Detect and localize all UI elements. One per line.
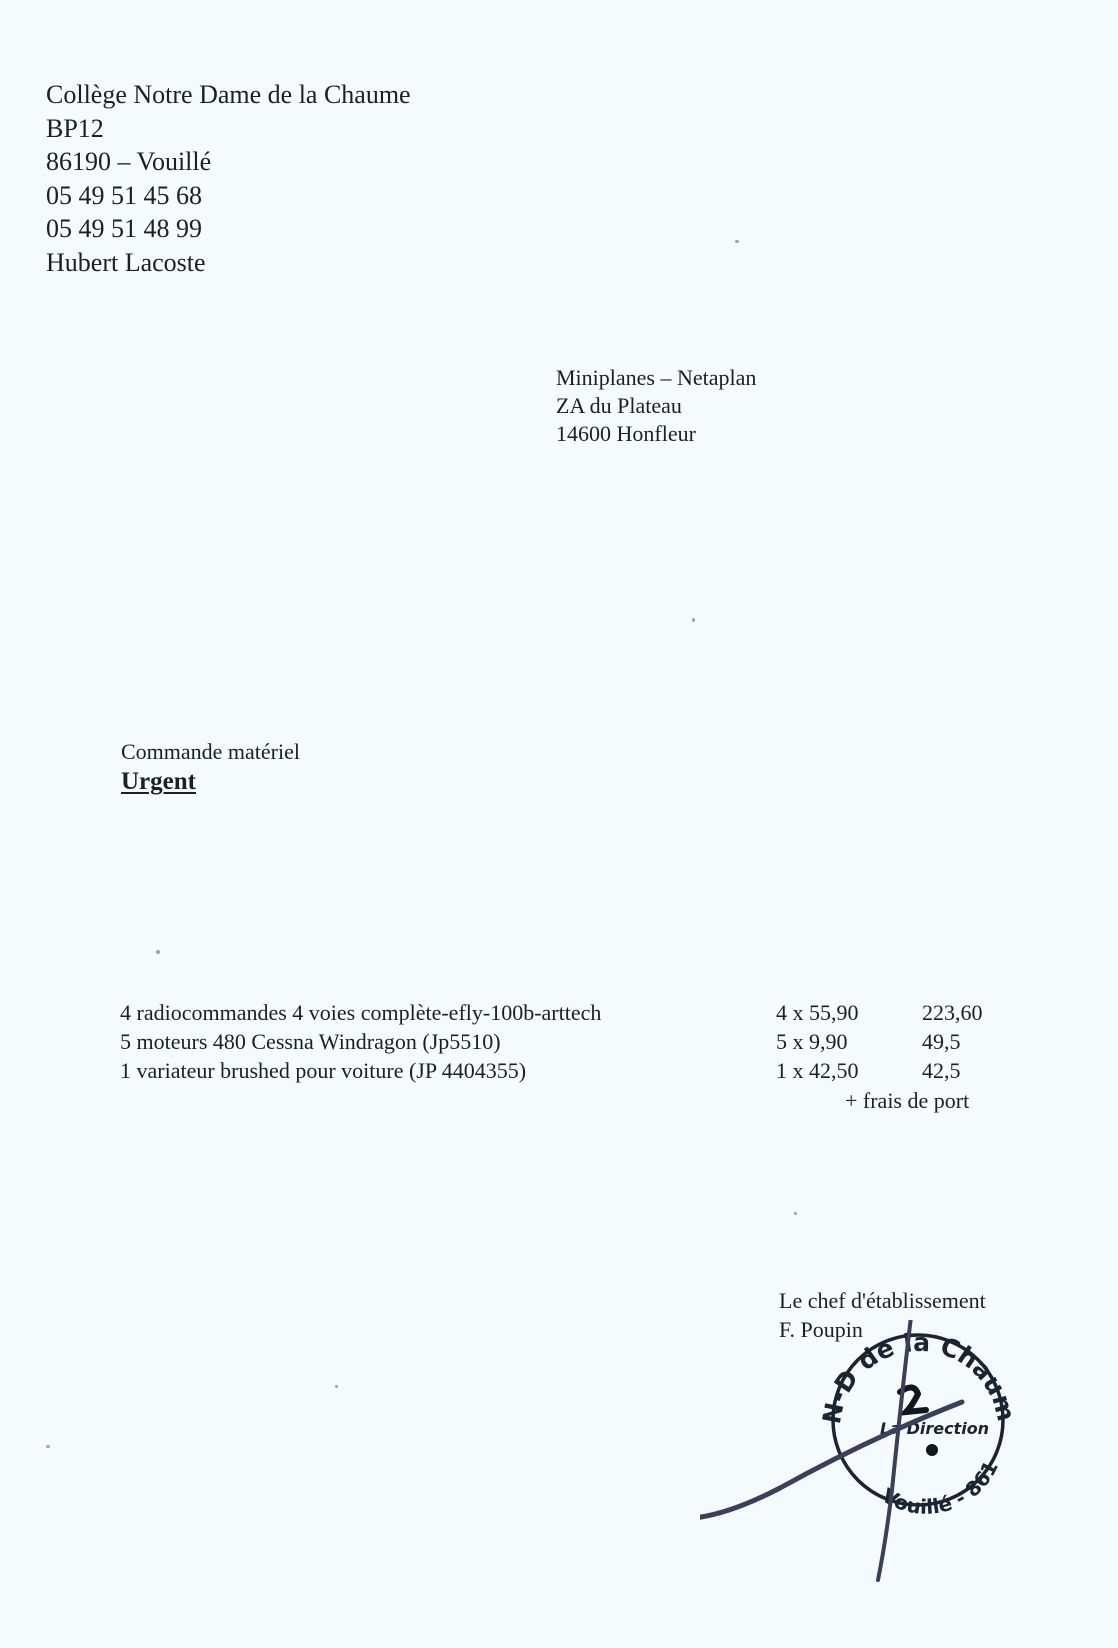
item-description: 5 moteurs 480 Cessna Windragon (Jp5510) <box>120 1027 501 1056</box>
sender-po-box: BP12 <box>46 112 411 146</box>
item-total: 49,5 <box>922 1027 961 1056</box>
item-total: 42,5 <box>922 1056 961 1085</box>
scan-speck <box>335 1385 338 1388</box>
scan-speck <box>692 618 695 622</box>
scan-speck <box>735 240 739 243</box>
item-description: 4 radiocommandes 4 voies complète-efly-1… <box>120 998 601 1027</box>
sender-school-name: Collège Notre Dame de la Chaume <box>46 78 411 112</box>
sender-phone: 05 49 51 45 68 <box>46 179 411 213</box>
scan-speck <box>794 1212 797 1215</box>
signatory-title: Le chef d'établissement <box>779 1286 986 1315</box>
item-quantity-price: 1 x 42,50 <box>776 1056 859 1085</box>
official-stamp-icon: N-D de la Chaume Vouillé - 86190 La Dire… <box>700 1320 1040 1600</box>
shipping-note: + frais de port <box>845 1086 969 1115</box>
item-quantity-price: 5 x 9,90 <box>776 1027 848 1056</box>
item-quantity-price: 4 x 55,90 <box>776 998 859 1027</box>
sender-address-block: Collège Notre Dame de la Chaume BP12 861… <box>46 78 411 279</box>
scan-speck <box>156 950 160 954</box>
scan-speck <box>46 1445 50 1448</box>
subject-title: Commande matériel <box>121 738 300 766</box>
recipient-address-block: Miniplanes – Netaplan ZA du Plateau 1460… <box>556 364 756 448</box>
item-description: 1 variateur brushed pour voiture (JP 440… <box>120 1056 526 1085</box>
sender-fax: 05 49 51 48 99 <box>46 212 411 246</box>
ink-blot <box>926 1444 938 1456</box>
recipient-company: Miniplanes – Netaplan <box>556 364 756 392</box>
sender-postcode-city: 86190 – Vouillé <box>46 145 411 179</box>
stamp-top-text: N-D de la Chaume <box>700 1320 1021 1426</box>
sender-contact-name: Hubert Lacoste <box>46 246 411 280</box>
priority-label: Urgent <box>121 768 196 796</box>
recipient-postcode-city: 14600 Honfleur <box>556 420 756 448</box>
item-total: 223,60 <box>922 998 983 1027</box>
recipient-street: ZA du Plateau <box>556 392 756 420</box>
